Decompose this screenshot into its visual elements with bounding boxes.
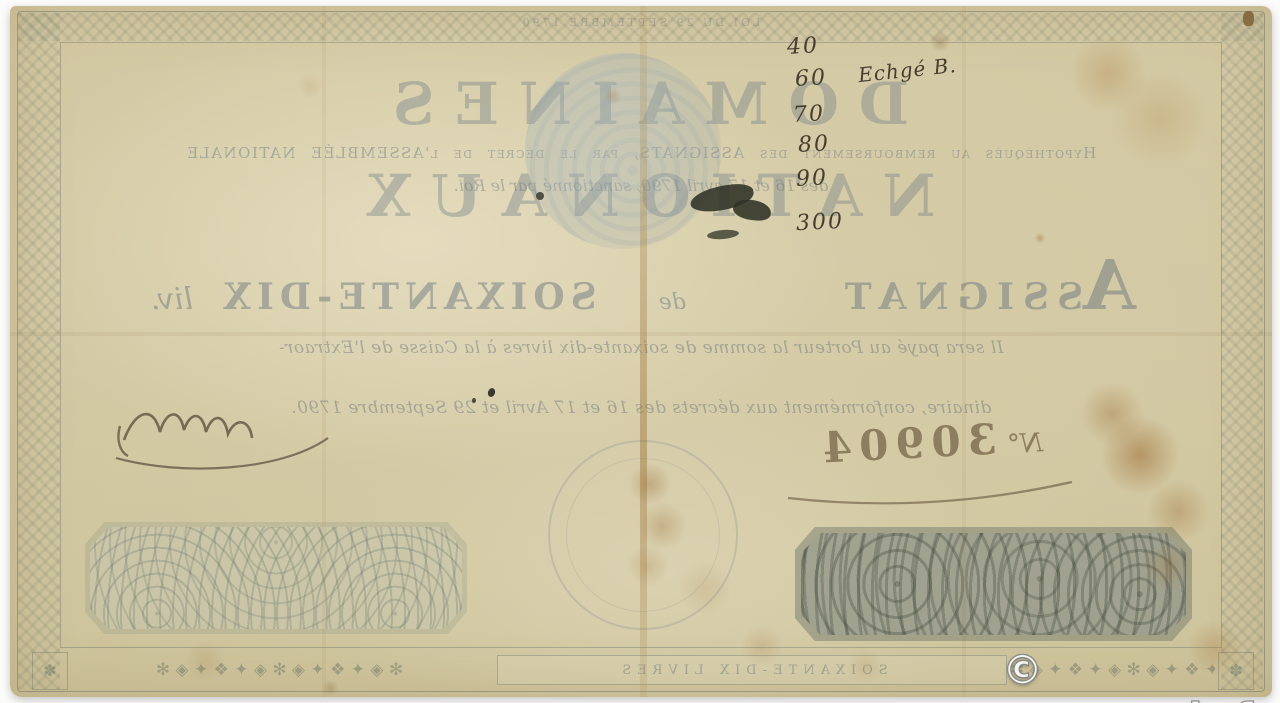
- ink-dot: [536, 192, 544, 200]
- ink-speck: [472, 398, 476, 403]
- serial-prefix: N°: [1006, 428, 1043, 460]
- denomination-unit: liv.: [151, 282, 193, 317]
- denomination-amount: SOIXANTE-DIX: [217, 276, 597, 318]
- cartouche-left: [85, 522, 467, 634]
- stain-speck: [1243, 11, 1254, 26]
- handwritten-number-1: 40: [786, 33, 819, 60]
- handwritten-number-2: 60: [794, 65, 827, 92]
- handwritten-number-6: 300: [795, 209, 844, 236]
- assignat-paper-note: LOI DU 29 SEPTEMBRE 1790 DOMAINES NATION…: [10, 6, 1272, 697]
- corner-rosette-left: ✽: [32, 652, 68, 690]
- signature-flourish-mirrored: [110, 382, 338, 474]
- serial-flourish: [780, 474, 1080, 508]
- cartouche-right-pattern: [801, 533, 1186, 635]
- vertical-fold-line: [640, 6, 647, 697]
- cartouche-right: [795, 527, 1192, 641]
- bottom-band-caption-mirrored: SOIXANTE-DIX LIVRES: [497, 655, 1007, 685]
- denomination-initial: A: [1083, 246, 1136, 326]
- vertical-fold-line-3: [962, 6, 966, 697]
- vertical-fold-line-2: [322, 6, 326, 697]
- embossed-stamp-disc: [525, 53, 721, 249]
- watermark-copyright: © www.cgb.fr: [1002, 646, 1278, 698]
- denomination-word: SSIGNAT: [836, 276, 1083, 318]
- denomination-de: de: [659, 290, 686, 315]
- handwritten-number-3: 70: [792, 101, 825, 128]
- serial-number: 30904: [815, 415, 998, 473]
- handwritten-number-4: 80: [797, 131, 830, 158]
- handwritten-number-5: 90: [795, 165, 828, 192]
- ornament-row-left: ✻ ◈ ✦ ❖ ✦ ◈ ✻ ◈ ✦ ❖ ✦ ◈ ✻: [72, 656, 487, 684]
- horizontal-fold-line: [10, 332, 1272, 336]
- cartouche-left-pattern: [90, 527, 462, 629]
